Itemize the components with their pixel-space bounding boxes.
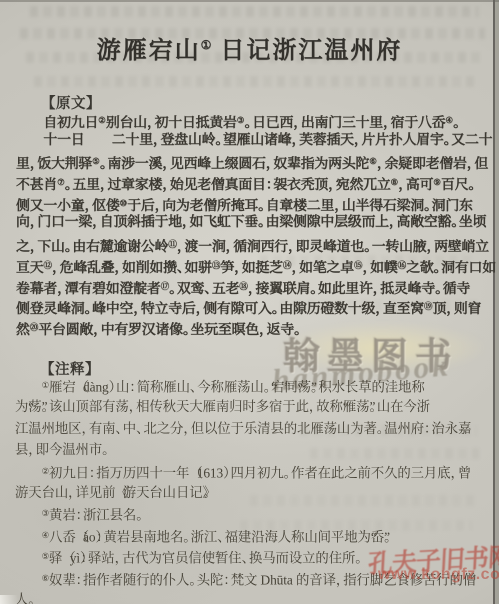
notes-text-line: ②初九日：指万历四十一年（1613）四月初九。作者在此之前不久的三月底，曾: [15, 461, 487, 482]
notes-text-line: 为“荡”。该山顶部有荡，相传秋天大雁南归时多宿于此，故称“雁荡”。山在今浙: [15, 396, 487, 417]
original-text-line: 十一日 二十里，登盘山岭。望雁山诸峰，芙蓉插天，片片扑人眉宇。又二十: [16, 131, 486, 152]
notes-text-line: 游天台山，详见前《游天台山日记》。: [15, 482, 487, 503]
original-text-block: 自初九日②别台山，初十日抵黄岩③。日已西，出南门三十里，宿于八岙④。 十一日 二…: [16, 110, 486, 338]
original-text-line: 卷幕者，潭有碧如澄靛者⑰。双鸾、五老⑱，接翼联肩。如此里许，抵灵峰寺。循寺: [16, 276, 486, 297]
page-title: 游雁宕山①日记浙江温州府: [0, 30, 499, 65]
original-text-line: 不甚肖⑦。五里，过章家楼，始见老僧真面目：袈衣秃顶，宛然兀立⑧，高可⑨百尺。: [16, 172, 486, 193]
original-text-line: 侧登灵峰洞。峰中空，特立寺后，侧有隙可入。由隙历磴数十级，直至窝⑲顶，则窅: [16, 296, 486, 317]
notes-text-line: 江温州地区，有南、中、北之分，但以位于乐清县的北雁荡山为著。温州府：治永嘉: [15, 418, 487, 439]
original-text-line: 自初九日②别台山，初十日抵黄岩③。日已西，出南门三十里，宿于八岙④。: [16, 110, 486, 131]
page-edge-right: [495, 0, 499, 604]
notes-text-line: ③黄岩：浙江县名。: [15, 503, 487, 524]
notes-text-line: 人。: [15, 589, 487, 604]
bleed-through-noise: [30, 6, 479, 17]
original-text-line: 向，门口一梁，自顶斜插于地，如飞虹下垂。由梁侧隙中层级而上，高敞空豁。坐顷: [16, 213, 486, 234]
original-text-line: 里，饭大荆驿⑤。南涉一溪，见西峰上缀圆石，奴辈指为两头陀⑥，余疑即老僧岩，但: [16, 151, 486, 172]
title-subtitle: 日记浙江温州府: [220, 38, 402, 64]
page-edge-top: [0, 0, 499, 2]
original-text-line: 之，下山。由右麓逾谢公岭⑪，渡一涧，循涧西行，即灵峰道也。一转山腋，两壁峭立: [16, 234, 486, 255]
original-text-line: 亘天⑫，危峰乱叠，如削如攒、如骈⑬笋，如挺芝⑭，如笔之卓⑮，如幞⑯之欹。洞有口如: [16, 255, 486, 276]
notes-text-line: ①雁宕（dàng）山：简称雁山、今称雁荡山。“宕”同“荡”。积水长草的洼地称: [15, 375, 487, 396]
title-text: 游雁宕山: [97, 38, 201, 64]
original-text-line: 侧又一小童，伛偻⑩于后，向为老僧所掩耳。自章楼二里，山半得石梁洞。洞门东: [16, 193, 486, 214]
notes-text-line: 县，即今温州市。: [15, 439, 487, 460]
title-footnote-marker: ①: [201, 38, 212, 52]
bleed-through-noise: [34, 76, 477, 87]
page-edge-shadow: [493, 0, 495, 604]
kongfz-stamp-url: www.kongfz.com: [378, 566, 499, 584]
